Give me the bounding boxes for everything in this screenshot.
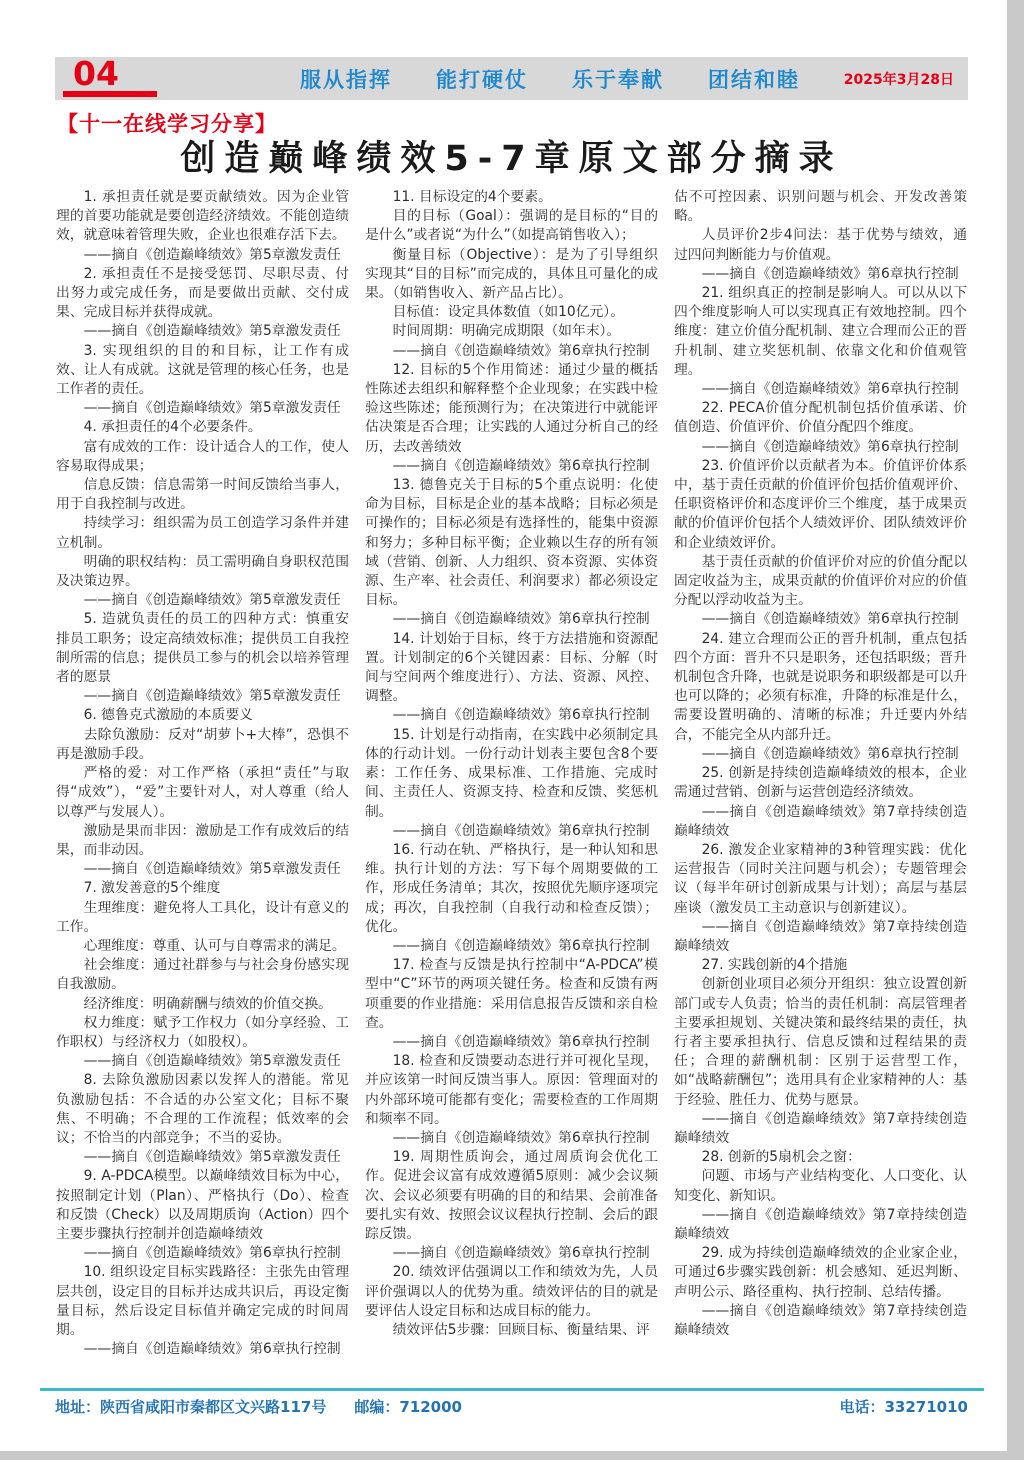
body-paragraph: 严格的爱：对工作严格（承担“责任”与取得“成效”），“爱”主要针对人，对人尊重（… [56, 764, 349, 822]
attribution-line: ——摘自《创造巅峰绩效》第5章激发责任 [56, 322, 349, 341]
body-paragraph: 8. 去除负激励因素以发挥人的潜能。常见负激励包括：不合适的办公室文化；目标不聚… [56, 1071, 349, 1148]
footer-contact-left: 地址：陕西省咸阳市秦都区文兴路117号 邮编：712000 [55, 1396, 462, 1417]
attribution-line: ——摘自《创造巅峰绩效》第6章执行控制 [674, 380, 967, 399]
page-number-underline [63, 91, 157, 97]
body-paragraph: 16. 行动在轨、严格执行，是一种认知和思维。执行计划的方法：写下每个周期要做的… [365, 841, 658, 937]
body-paragraph: 20. 绩效评估强调以工作和绩效为先，人员评价强调以人的优势为重。绩效评估的目的… [365, 1263, 658, 1321]
body-paragraph: 9. A-PDCA模型。以巅峰绩效目标为中心，按照制定计划（Plan）、严格执行… [56, 1167, 349, 1244]
attribution-line: ——摘自《创造巅峰绩效》第7章持续创造巅峰绩效 [674, 1206, 967, 1244]
body-paragraph: 21. 组织真正的控制是影响人。可以从以下四个维度影响人可以实现真正有效地控制。… [674, 284, 967, 380]
newspaper-page: 04 服从指挥能打硬仗乐于奉献团结和睦 2025年3月28日 【十一在线学习分享… [0, 0, 1024, 1460]
slogan: 服从指挥 [300, 64, 392, 94]
text-column-1: 1. 承担责任就是要贡献绩效。因为企业管理的首要功能就是要创造经济绩效。不能创造… [56, 188, 349, 1384]
body-paragraph: 10. 组织设定目标实践路径：主张先由管理层共创，设定目的目标并达成共识后，再设… [56, 1263, 349, 1340]
slogan: 能打硬仗 [436, 64, 528, 94]
body-paragraph: 绩效评估5步骤：回顾目标、衡量结果、评 [365, 1321, 658, 1340]
body-paragraph: 激励是果而非因：激励是工作有成效后的结果，而非动因。 [56, 822, 349, 860]
body-paragraph: 27. 实践创新的4个措施 [674, 956, 967, 975]
body-paragraph: 创新创业项目必须分开组织：独立设置创新部门或专人负责；恰当的责任机制：高层管理者… [674, 975, 967, 1109]
body-paragraph: 估不可控因素、识别问题与机会、开发改善策略。 [674, 188, 967, 226]
body-paragraph: 26. 激发企业家精神的3种管理实践：优化运营报告（同时关注问题与机会）；专题管… [674, 841, 967, 918]
body-paragraph: 4. 承担责任的4个必要条件。 [56, 418, 349, 437]
body-paragraph: 18. 检查和反馈要动态进行并可视化呈现，并应该第一时间反馈当事人。原因：管理面… [365, 1052, 658, 1129]
body-paragraph: 29. 成为持续创造巅峰绩效的企业家企业，可通过6步骤实践创新：机会感知、延迟判… [674, 1244, 967, 1302]
attribution-line: ——摘自《创造巅峰绩效》第6章执行控制 [674, 265, 967, 284]
attribution-line: ——摘自《创造巅峰绩效》第6章执行控制 [674, 438, 967, 457]
attribution-line: ——摘自《创造巅峰绩效》第6章执行控制 [365, 342, 658, 361]
attribution-line: ——摘自《创造巅峰绩效》第6章执行控制 [365, 822, 658, 841]
attribution-line: ——摘自《创造巅峰绩效》第6章执行控制 [365, 1033, 658, 1052]
body-paragraph: 富有成效的工作：设计适合人的工作，使人容易取得成果； [56, 438, 349, 476]
footer-divider [40, 1388, 984, 1391]
body-paragraph: 持续学习：组织需为员工创造学习条件并建立机制。 [56, 514, 349, 552]
attribution-line: ——摘自《创造巅峰绩效》第7章持续创造巅峰绩效 [674, 918, 967, 956]
body-paragraph: 24. 建立合理而公正的晋升机制，重点包括四个方面：晋升不只是职务，还包括职级；… [674, 630, 967, 745]
article-title: 创造巅峰绩效5-7章原文部分摘录 [55, 138, 968, 180]
attribution-line: ——摘自《创造巅峰绩效》第5章激发责任 [56, 591, 349, 610]
body-paragraph: 11. 目标设定的4个要素。 [365, 188, 658, 207]
attribution-line: ——摘自《创造巅峰绩效》第5章激发责任 [56, 246, 349, 265]
attribution-line: ——摘自《创造巅峰绩效》第5章激发责任 [56, 399, 349, 418]
body-paragraph: 15. 计划是行动指南，在实践中必须制定具体的行动计划。一份行动计划表主要包含8… [365, 726, 658, 822]
body-paragraph: 权力维度：赋予工作权力（如分享经验、工作职权）与经济权力（如股权）。 [56, 1014, 349, 1052]
text-column-2: 11. 目标设定的4个要素。目的目标（Goal）：强调的是目标的“目的是什么”或… [365, 188, 658, 1384]
body-paragraph: 人员评价2步4问法：基于优势与绩效，通过四问判断能力与价值观。 [674, 226, 967, 264]
body-paragraph: 23. 价值评价以贡献者为本。价值评价体系中，基于责任贡献的价值评价包括价值观评… [674, 457, 967, 553]
body-paragraph: 明确的职权结构：员工需明确自身职权范围及决策边界。 [56, 553, 349, 591]
section-tag: 【十一在线学习分享】 [57, 108, 277, 138]
body-paragraph: 信息反馈：信息需第一时间反馈给当事人，用于自我控制与改进。 [56, 476, 349, 514]
body-paragraph: 心理维度：尊重、认可与自尊需求的满足。 [56, 937, 349, 956]
attribution-line: ——摘自《创造巅峰绩效》第5章激发责任 [56, 860, 349, 879]
body-paragraph: 5. 造就负责任的员工的四种方式：慎重安排员工职务；设定高绩效标准；提供员工自我… [56, 610, 349, 687]
body-paragraph: 14. 计划始于目标，终于方法措施和资源配置。计划制定的6个关键因素：目标、分解… [365, 630, 658, 707]
body-paragraph: 3. 实现组织的目的和目标，让工作有成效、让人有成就。这就是管理的核心任务，也是… [56, 342, 349, 400]
footer-phone: 电话：33271010 [840, 1396, 969, 1417]
footer-postcode: 邮编：712000 [354, 1396, 462, 1417]
attribution-line: ——摘自《创造巅峰绩效》第6章执行控制 [365, 706, 658, 725]
body-paragraph: 28. 创新的5扇机会之窗： [674, 1148, 967, 1167]
body-paragraph: 经济维度：明确薪酬与绩效的价值交换。 [56, 995, 349, 1014]
attribution-line: ——摘自《创造巅峰绩效》第6章执行控制 [674, 610, 967, 629]
attribution-line: ——摘自《创造巅峰绩效》第7章持续创造巅峰绩效 [674, 1302, 967, 1340]
masthead: 04 服从指挥能打硬仗乐于奉献团结和睦 2025年3月28日 [55, 57, 968, 100]
body-paragraph: 13. 德鲁克关于目标的5个重点说明：化使命为目标，目标是企业的基本战略；目标必… [365, 476, 658, 610]
footer-address: 地址：陕西省咸阳市秦都区文兴路117号 [55, 1396, 326, 1417]
body-paragraph: 2. 承担责任不是接受惩罚、尽职尽责、付出努力或完成任务，而是要做出贡献、交付成… [56, 265, 349, 323]
body-paragraph: 目的目标（Goal）：强调的是目标的“目的是什么”或者说“为什么”（如提高销售收… [365, 207, 658, 245]
attribution-line: ——摘自《创造巅峰绩效》第6章执行控制 [56, 1244, 349, 1263]
body-paragraph: 12. 目标的5个作用简述：通过少量的概括性陈述去组织和解释整个企业现象；在实践… [365, 361, 658, 457]
attribution-line: ——摘自《创造巅峰绩效》第5章激发责任 [56, 1052, 349, 1071]
attribution-line: ——摘自《创造巅峰绩效》第5章激发责任 [56, 687, 349, 706]
attribution-line: ——摘自《创造巅峰绩效》第6章执行控制 [365, 1244, 658, 1263]
body-paragraph: 6. 德鲁克式激励的本质要义 [56, 706, 349, 725]
attribution-line: ——摘自《创造巅峰绩效》第6章执行控制 [365, 610, 658, 629]
body-paragraph: 25. 创新是持续创造巅峰绩效的根本，企业需通过营销、创新与运营创造经济绩效。 [674, 764, 967, 802]
body-paragraph: 目标值：设定具体数值（如10亿元）。 [365, 303, 658, 322]
issue-date: 2025年3月28日 [844, 57, 954, 100]
scan-edge-right [1007, 0, 1024, 1460]
body-paragraph: 时间周期：明确完成期限（如年末）。 [365, 322, 658, 341]
attribution-line: ——摘自《创造巅峰绩效》第6章执行控制 [56, 1340, 349, 1359]
article-body: 1. 承担责任就是要贡献绩效。因为企业管理的首要功能就是要创造经济绩效。不能创造… [56, 188, 968, 1384]
body-paragraph: 生理维度：避免将人工具化，设计有意义的工作。 [56, 899, 349, 937]
body-paragraph: 基于责任贡献的价值评价对应的价值分配以固定收益为主，成果贡献的价值评价对应的价值… [674, 553, 967, 611]
scan-edge-bottom [0, 1451, 1024, 1460]
body-paragraph: 22. PECA价值分配机制包括价值承诺、价值创造、价值评价、价值分配四个维度。 [674, 399, 967, 437]
body-paragraph: 7. 激发善意的5个维度 [56, 879, 349, 898]
text-column-3: 估不可控因素、识别问题与机会、开发改善策略。人员评价2步4问法：基于优势与绩效，… [674, 188, 967, 1384]
attribution-line: ——摘自《创造巅峰绩效》第6章执行控制 [365, 937, 658, 956]
attribution-line: ——摘自《创造巅峰绩效》第5章激发责任 [56, 1148, 349, 1167]
attribution-line: ——摘自《创造巅峰绩效》第7章持续创造巅峰绩效 [674, 1110, 967, 1148]
body-paragraph: 问题、市场与产业结构变化、人口变化、认知变化、新知识。 [674, 1167, 967, 1205]
body-paragraph: 19. 周期性质询会，通过周质询会优化工作。促进会议富有成效遵循5原则：减少会议… [365, 1148, 658, 1244]
footer: 地址：陕西省咸阳市秦都区文兴路117号 邮编：712000 电话：3327101… [55, 1396, 968, 1417]
body-paragraph: 社会维度：通过社群参与与社会身份感实现自我激励。 [56, 956, 349, 994]
body-paragraph: 衡量目标（Objective）：是为了引导组织实现其“目的目标”而完成的，具体且… [365, 246, 658, 304]
attribution-line: ——摘自《创造巅峰绩效》第6章执行控制 [365, 457, 658, 476]
attribution-line: ——摘自《创造巅峰绩效》第6章执行控制 [674, 745, 967, 764]
slogan: 乐于奉献 [572, 64, 664, 94]
attribution-line: ——摘自《创造巅峰绩效》第6章执行控制 [365, 1129, 658, 1148]
attribution-line: ——摘自《创造巅峰绩效》第7章持续创造巅峰绩效 [674, 803, 967, 841]
body-paragraph: 去除负激励：反对“胡萝卜+大棒”，恐惧不再是激励手段。 [56, 726, 349, 764]
body-paragraph: 1. 承担责任就是要贡献绩效。因为企业管理的首要功能就是要创造经济绩效。不能创造… [56, 188, 349, 246]
page-number: 04 [73, 57, 119, 90]
masthead-slogans: 服从指挥能打硬仗乐于奉献团结和睦 [300, 57, 800, 100]
body-paragraph: 17. 检查与反馈是执行控制中“A-PDCA”模型中“C”环节的两项关键任务。检… [365, 956, 658, 1033]
slogan: 团结和睦 [708, 64, 800, 94]
